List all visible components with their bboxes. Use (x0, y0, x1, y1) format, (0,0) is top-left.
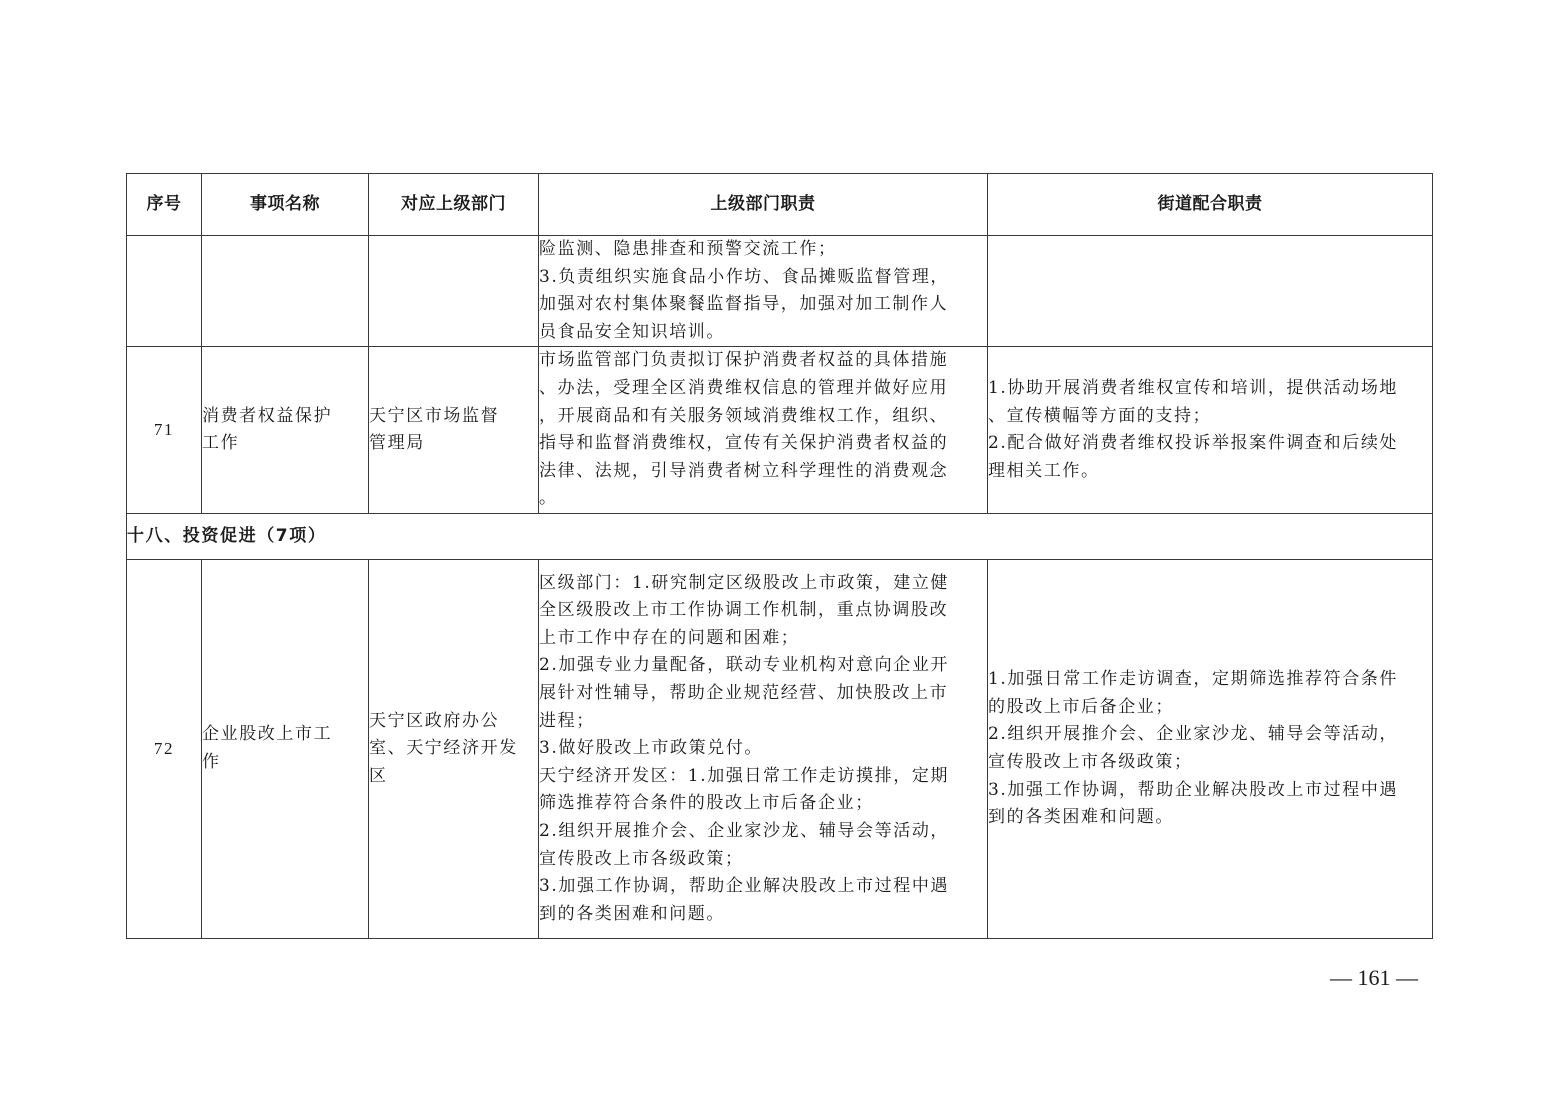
cell-street-duties: 1.协助开展消费者维权宣传和培训，提供活动场地 、宣传横幅等方面的支持； 2.配… (988, 347, 1433, 514)
cell-upper-duties: 区级部门：1.研究制定区级股改上市政策，建立健 全区级股改上市工作协调工作机制，… (539, 559, 988, 938)
cell-item-name: 企业股改上市工 作 (202, 559, 369, 938)
text-line: 区级部门：1.研究制定区级股改上市政策，建立健 (539, 570, 987, 598)
text-line: 天宁区政府办公 (369, 708, 538, 736)
cell-upper-dept (369, 236, 539, 347)
text-line: ，开展商品和有关服务领域消费维权工作，组织、 (539, 403, 987, 431)
cell-street-duties (988, 236, 1433, 347)
cell-no: 71 (127, 347, 202, 514)
text-line: 1.协助开展消费者维权宣传和培训，提供活动场地 (988, 375, 1432, 403)
cell-street-duties: 1.加强日常工作走访调查，定期筛选推荐符合条件 的股改上市后备企业； 2.组织开… (988, 559, 1433, 938)
text-line: 、办法，受理全区消费维权信息的管理并做好应用 (539, 375, 987, 403)
text-line: 筛选推荐符合条件的股改上市后备企业； (539, 790, 987, 818)
text-line: 到的各类困难和问题。 (988, 804, 1432, 832)
text-line: 法律、法规，引导消费者树立科学理性的消费观念 (539, 458, 987, 486)
header-upper-duties: 上级部门职责 (539, 174, 988, 236)
text-line: 3.负责组织实施食品小作坊、食品摊贩监督管理， (539, 264, 987, 292)
table-row: 71 消费者权益保护 工作 天宁区市场监督 管理局 市场监管部门负责拟订保护消费… (127, 347, 1433, 514)
text-line: 3.做好股改上市政策兑付。 (539, 735, 987, 763)
header-no: 序号 (127, 174, 202, 236)
text-line: 、宣传横幅等方面的支持； (988, 403, 1432, 431)
text-line: 区 (369, 763, 538, 791)
page-number: — 161 — (1330, 965, 1418, 991)
section-row: 十八、投资促进（7项） (127, 513, 1433, 559)
text-line: 险监测、隐患排查和预警交流工作； (539, 236, 987, 264)
text-line: 指导和监督消费维权，宣传有关保护消费者权益的 (539, 430, 987, 458)
table-header-row: 序号 事项名称 对应上级部门 上级部门职责 街道配合职责 (127, 174, 1433, 236)
cell-upper-dept: 天宁区市场监督 管理局 (369, 347, 539, 514)
cell-upper-duties: 市场监管部门负责拟订保护消费者权益的具体措施 、办法，受理全区消费维权信息的管理… (539, 347, 988, 514)
header-upper-dept: 对应上级部门 (369, 174, 539, 236)
cell-no (127, 236, 202, 347)
text-line: 。 (539, 485, 987, 513)
text-line: 2.组织开展推介会、企业家沙龙、辅导会等活动， (988, 721, 1432, 749)
text-line: 2.加强专业力量配备，联动专业机构对意向企业开 (539, 652, 987, 680)
header-item-name: 事项名称 (202, 174, 369, 236)
text-line: 员食品安全知识培训。 (539, 319, 987, 347)
text-line: 3.加强工作协调，帮助企业解决股改上市过程中遇 (539, 873, 987, 901)
text-line: 天宁区市场监督 (369, 403, 538, 431)
text-line: 3.加强工作协调，帮助企业解决股改上市过程中遇 (988, 777, 1432, 805)
section-title: 十八、投资促进（7项） (127, 513, 1433, 559)
text-line: 工作 (202, 430, 368, 458)
text-line: 加强对农村集体聚餐监督指导，加强对加工制作人 (539, 291, 987, 319)
text-line: 宣传股改上市各级政策； (539, 846, 987, 874)
text-line: 作 (202, 749, 368, 777)
text-line: 室、天宁经济开发 (369, 735, 538, 763)
cell-upper-dept: 天宁区政府办公 室、天宁经济开发 区 (369, 559, 539, 938)
text-line: 的股改上市后备企业； (988, 694, 1432, 722)
cell-no: 72 (127, 559, 202, 938)
document-page: 序号 事项名称 对应上级部门 上级部门职责 街道配合职责 险监测、隐患排查和预警… (0, 0, 1559, 1102)
text-line: 到的各类困难和问题。 (539, 901, 987, 929)
duty-table: 序号 事项名称 对应上级部门 上级部门职责 街道配合职责 险监测、隐患排查和预警… (126, 173, 1433, 939)
text-line: 管理局 (369, 430, 538, 458)
cell-upper-duties: 险监测、隐患排查和预警交流工作； 3.负责组织实施食品小作坊、食品摊贩监督管理，… (539, 236, 988, 347)
text-line: 2.组织开展推介会、企业家沙龙、辅导会等活动， (539, 818, 987, 846)
text-line: 2.配合做好消费者维权投诉举报案件调查和后续处 (988, 430, 1432, 458)
text-line: 企业股改上市工 (202, 721, 368, 749)
cell-item-name (202, 236, 369, 347)
text-line: 进程； (539, 708, 987, 736)
table-row-continuation: 险监测、隐患排查和预警交流工作； 3.负责组织实施食品小作坊、食品摊贩监督管理，… (127, 236, 1433, 347)
header-street-duties: 街道配合职责 (988, 174, 1433, 236)
text-line: 宣传股改上市各级政策； (988, 749, 1432, 777)
text-line: 1.加强日常工作走访调查，定期筛选推荐符合条件 (988, 666, 1432, 694)
text-line: 上市工作中存在的问题和困难； (539, 625, 987, 653)
text-line: 展针对性辅导，帮助企业规范经营、加快股改上市 (539, 680, 987, 708)
table-row: 72 企业股改上市工 作 天宁区政府办公 室、天宁经济开发 区 区级部门：1.研… (127, 559, 1433, 938)
text-line: 理相关工作。 (988, 458, 1432, 486)
text-line: 全区级股改上市工作协调工作机制，重点协调股改 (539, 597, 987, 625)
text-line: 天宁经济开发区：1.加强日常工作走访摸排，定期 (539, 763, 987, 791)
text-line: 市场监管部门负责拟订保护消费者权益的具体措施 (539, 347, 987, 375)
text-line: 消费者权益保护 (202, 403, 368, 431)
cell-item-name: 消费者权益保护 工作 (202, 347, 369, 514)
